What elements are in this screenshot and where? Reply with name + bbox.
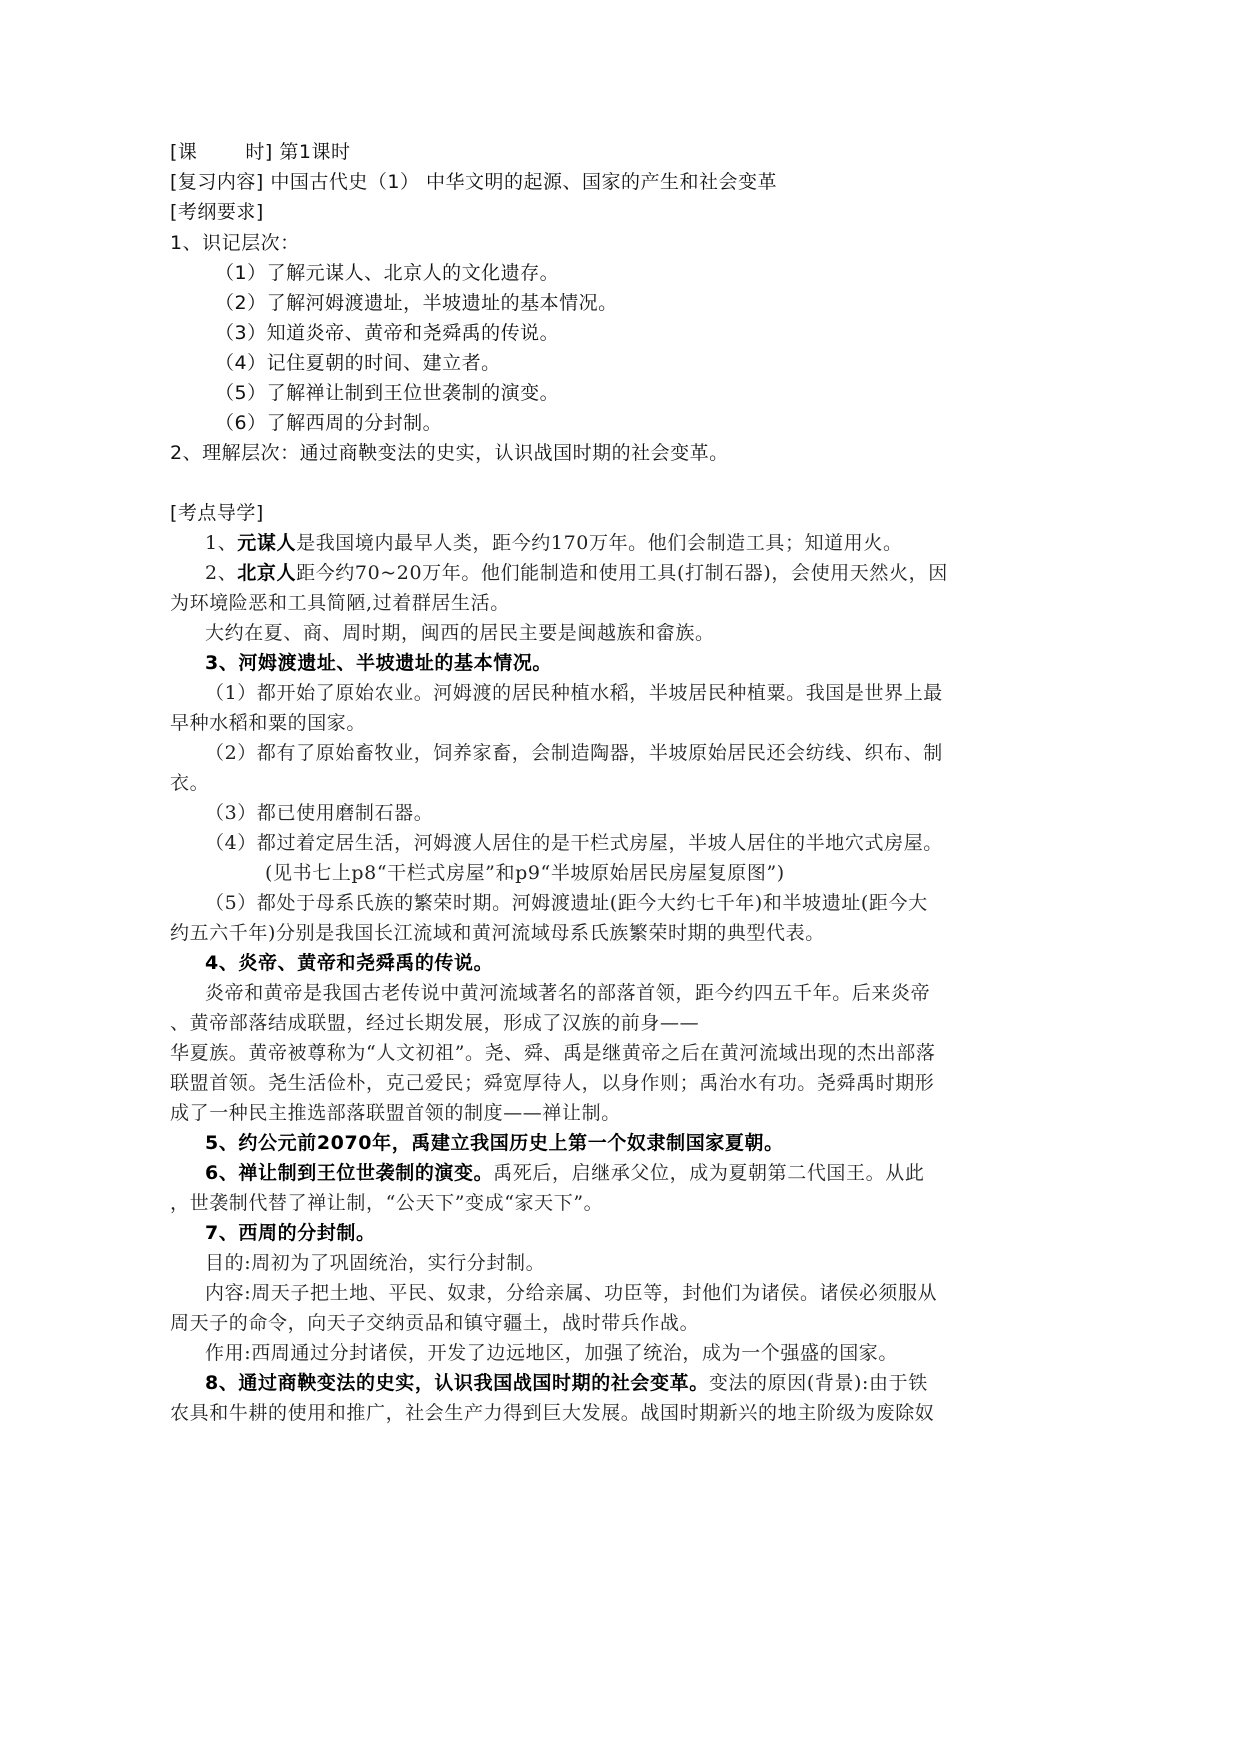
section-7-title: 7、西周的分封制。 — [205, 1219, 376, 1247]
guide-heading: [考点导学] — [170, 499, 264, 527]
document-page: [课时] 第1课时 [复习内容] 中国古代史（1） 中华文明的起源、国家的产生和… — [0, 0, 1241, 1754]
syllabus-heading: [考纲要求] — [170, 198, 264, 226]
review-value: 中国古代史（1） 中华文明的起源、国家的产生和社会变革 — [270, 171, 777, 193]
section-7-effect: 作用:西周通过分封诸侯，开发了边远地区，加强了统治，成为一个强盛的国家。 — [205, 1339, 898, 1367]
level1-item: （1）了解元谋人、北京人的文化遗存。 — [215, 259, 559, 287]
section-3-item-2-cont: 衣。 — [170, 769, 209, 797]
section-5-title: 5、约公元前2070年，禹建立我国历史上第一个奴隶制国家夏朝。 — [205, 1129, 784, 1157]
section-3-item-3: （3）都已使用磨制石器。 — [205, 799, 433, 827]
section-4-para: 、黄帝部落结成联盟，经过长期发展，形成了汉族的前身—— — [170, 1009, 699, 1037]
section-3-item-1-cont: 早种水稻和粟的国家。 — [170, 709, 366, 737]
section-3-item-5-cont: 约五六千年)分别是我国长江流域和黄河流域母系氏族繁荣时期的典型代表。 — [170, 919, 825, 947]
section-6-text: 禹死后，启继承父位，成为夏朝第二代国王。从此 — [493, 1162, 924, 1184]
point-number: 1、 — [205, 532, 237, 554]
section-4-para: 炎帝和黄帝是我国古老传说中黄河流域著名的部落首领，距今约四五千年。后来炎帝 — [205, 979, 930, 1007]
review-line: [复习内容] 中国古代史（1） 中华文明的起源、国家的产生和社会变革 — [170, 168, 777, 196]
lesson-line: [课时] 第1课时 — [170, 138, 350, 166]
section-3-title: 3、河姆渡遗址、半坡遗址的基本情况。 — [205, 649, 552, 677]
point-number: 2、 — [205, 562, 237, 584]
level2-line: 2、理解层次：通过商鞅变法的史实，认识战国时期的社会变革。 — [170, 439, 729, 467]
section-3-item-4-note: (见书七上p8“干栏式房屋”和p9“半坡原始居民房屋复原图”) — [265, 859, 785, 887]
section-8-text: 变法的原因(背景):由于铁 — [709, 1372, 928, 1394]
section-4-para: 联盟首领。尧生活俭朴，克己爱民；舜宽厚待人，以身作则；禹治水有功。尧舜禹时期形 — [170, 1069, 934, 1097]
level1-item: （6）了解西周的分封制。 — [215, 409, 442, 437]
section-4-para: 华夏族。黄帝被尊称为“人文初祖”。尧、舜、禹是继黄帝之后在黄河流域出现的杰出部落 — [170, 1039, 935, 1067]
point-1: 1、元谋人是我国境内最早人类，距今约170万年。他们会制造工具；知道用火。 — [205, 529, 903, 557]
section-3-item-1: （1）都开始了原始农业。河姆渡的居民种植水稻，半坡居民种植粟。我国是世界上最 — [205, 679, 943, 707]
level1-item: （2）了解河姆渡遗址，半坡遗址的基本情况。 — [215, 289, 618, 317]
section-8-title: 8、通过商鞅变法的史实，认识我国战国时期的社会变革。 — [205, 1372, 709, 1394]
point-keyword: 元谋人 — [237, 532, 296, 554]
section-6: 6、禅让制到王位世袭制的演变。禹死后，启继承父位，成为夏朝第二代国王。从此 — [205, 1159, 924, 1187]
section-3-item-4: （4）都过着定居生活，河姆渡人居住的是干栏式房屋，半坡人居住的半地穴式房屋。 — [205, 829, 943, 857]
section-6-cont: ，世袭制代替了禅让制，“公天下”变成“家天下”。 — [170, 1189, 603, 1217]
lesson-label-b: 时] — [245, 141, 272, 163]
lesson-label-a: [课 — [170, 141, 197, 163]
point-2: 2、北京人距今约70~20万年。他们能制造和使用工具(打制石器)，会使用天然火，… — [205, 559, 948, 587]
level1-item: （3）知道炎帝、黄帝和尧舜禹的传说。 — [215, 319, 559, 347]
point-text: 是我国境内最早人类，距今约170万年。他们会制造工具；知道用火。 — [296, 532, 902, 554]
section-6-title: 6、禅让制到王位世袭制的演变。 — [205, 1162, 493, 1184]
section-7-content: 内容:周天子把土地、平民、奴隶，分给亲属、功臣等，封他们为诸侯。诸侯必须服从 — [205, 1279, 937, 1307]
lesson-value: 第1课时 — [279, 141, 350, 163]
level1-item: （4）记住夏朝的时间、建立者。 — [215, 349, 501, 377]
section-7-purpose: 目的:周初为了巩固统治，实行分封制。 — [205, 1249, 545, 1277]
point-2b: 大约在夏、商、周时期，闽西的居民主要是闽越族和畲族。 — [205, 619, 715, 647]
point-text: 距今约70~20万年。他们能制造和使用工具(打制石器)，会使用天然火，因 — [296, 562, 948, 584]
level1-item: （5）了解禅让制到王位世袭制的演变。 — [215, 379, 559, 407]
section-7-content-cont: 周天子的命令，向天子交纳贡品和镇守疆土，战时带兵作战。 — [170, 1309, 699, 1337]
section-4-title: 4、炎帝、黄帝和尧舜禹的传说。 — [205, 949, 493, 977]
section-3-item-5: （5）都处于母系氏族的繁荣时期。河姆渡遗址(距今大约七千年)和半坡遗址(距今大 — [205, 889, 928, 917]
point-keyword: 北京人 — [237, 562, 296, 584]
point-2-cont: 为环境险恶和工具简陋,过着群居生活。 — [170, 589, 510, 617]
section-8-cont: 农具和牛耕的使用和推广，社会生产力得到巨大发展。战国时期新兴的地主阶级为废除奴 — [170, 1399, 934, 1427]
review-label: [复习内容] — [170, 171, 264, 193]
section-8: 8、通过商鞅变法的史实，认识我国战国时期的社会变革。变法的原因(背景):由于铁 — [205, 1369, 928, 1397]
section-4-para: 成了一种民主推选部落联盟首领的制度——禅让制。 — [170, 1099, 621, 1127]
level1-title: 1、识记层次： — [170, 229, 300, 257]
section-3-item-2: （2）都有了原始畜牧业，饲养家畜，会制造陶器，半坡原始居民还会纺线、织布、制 — [205, 739, 943, 767]
